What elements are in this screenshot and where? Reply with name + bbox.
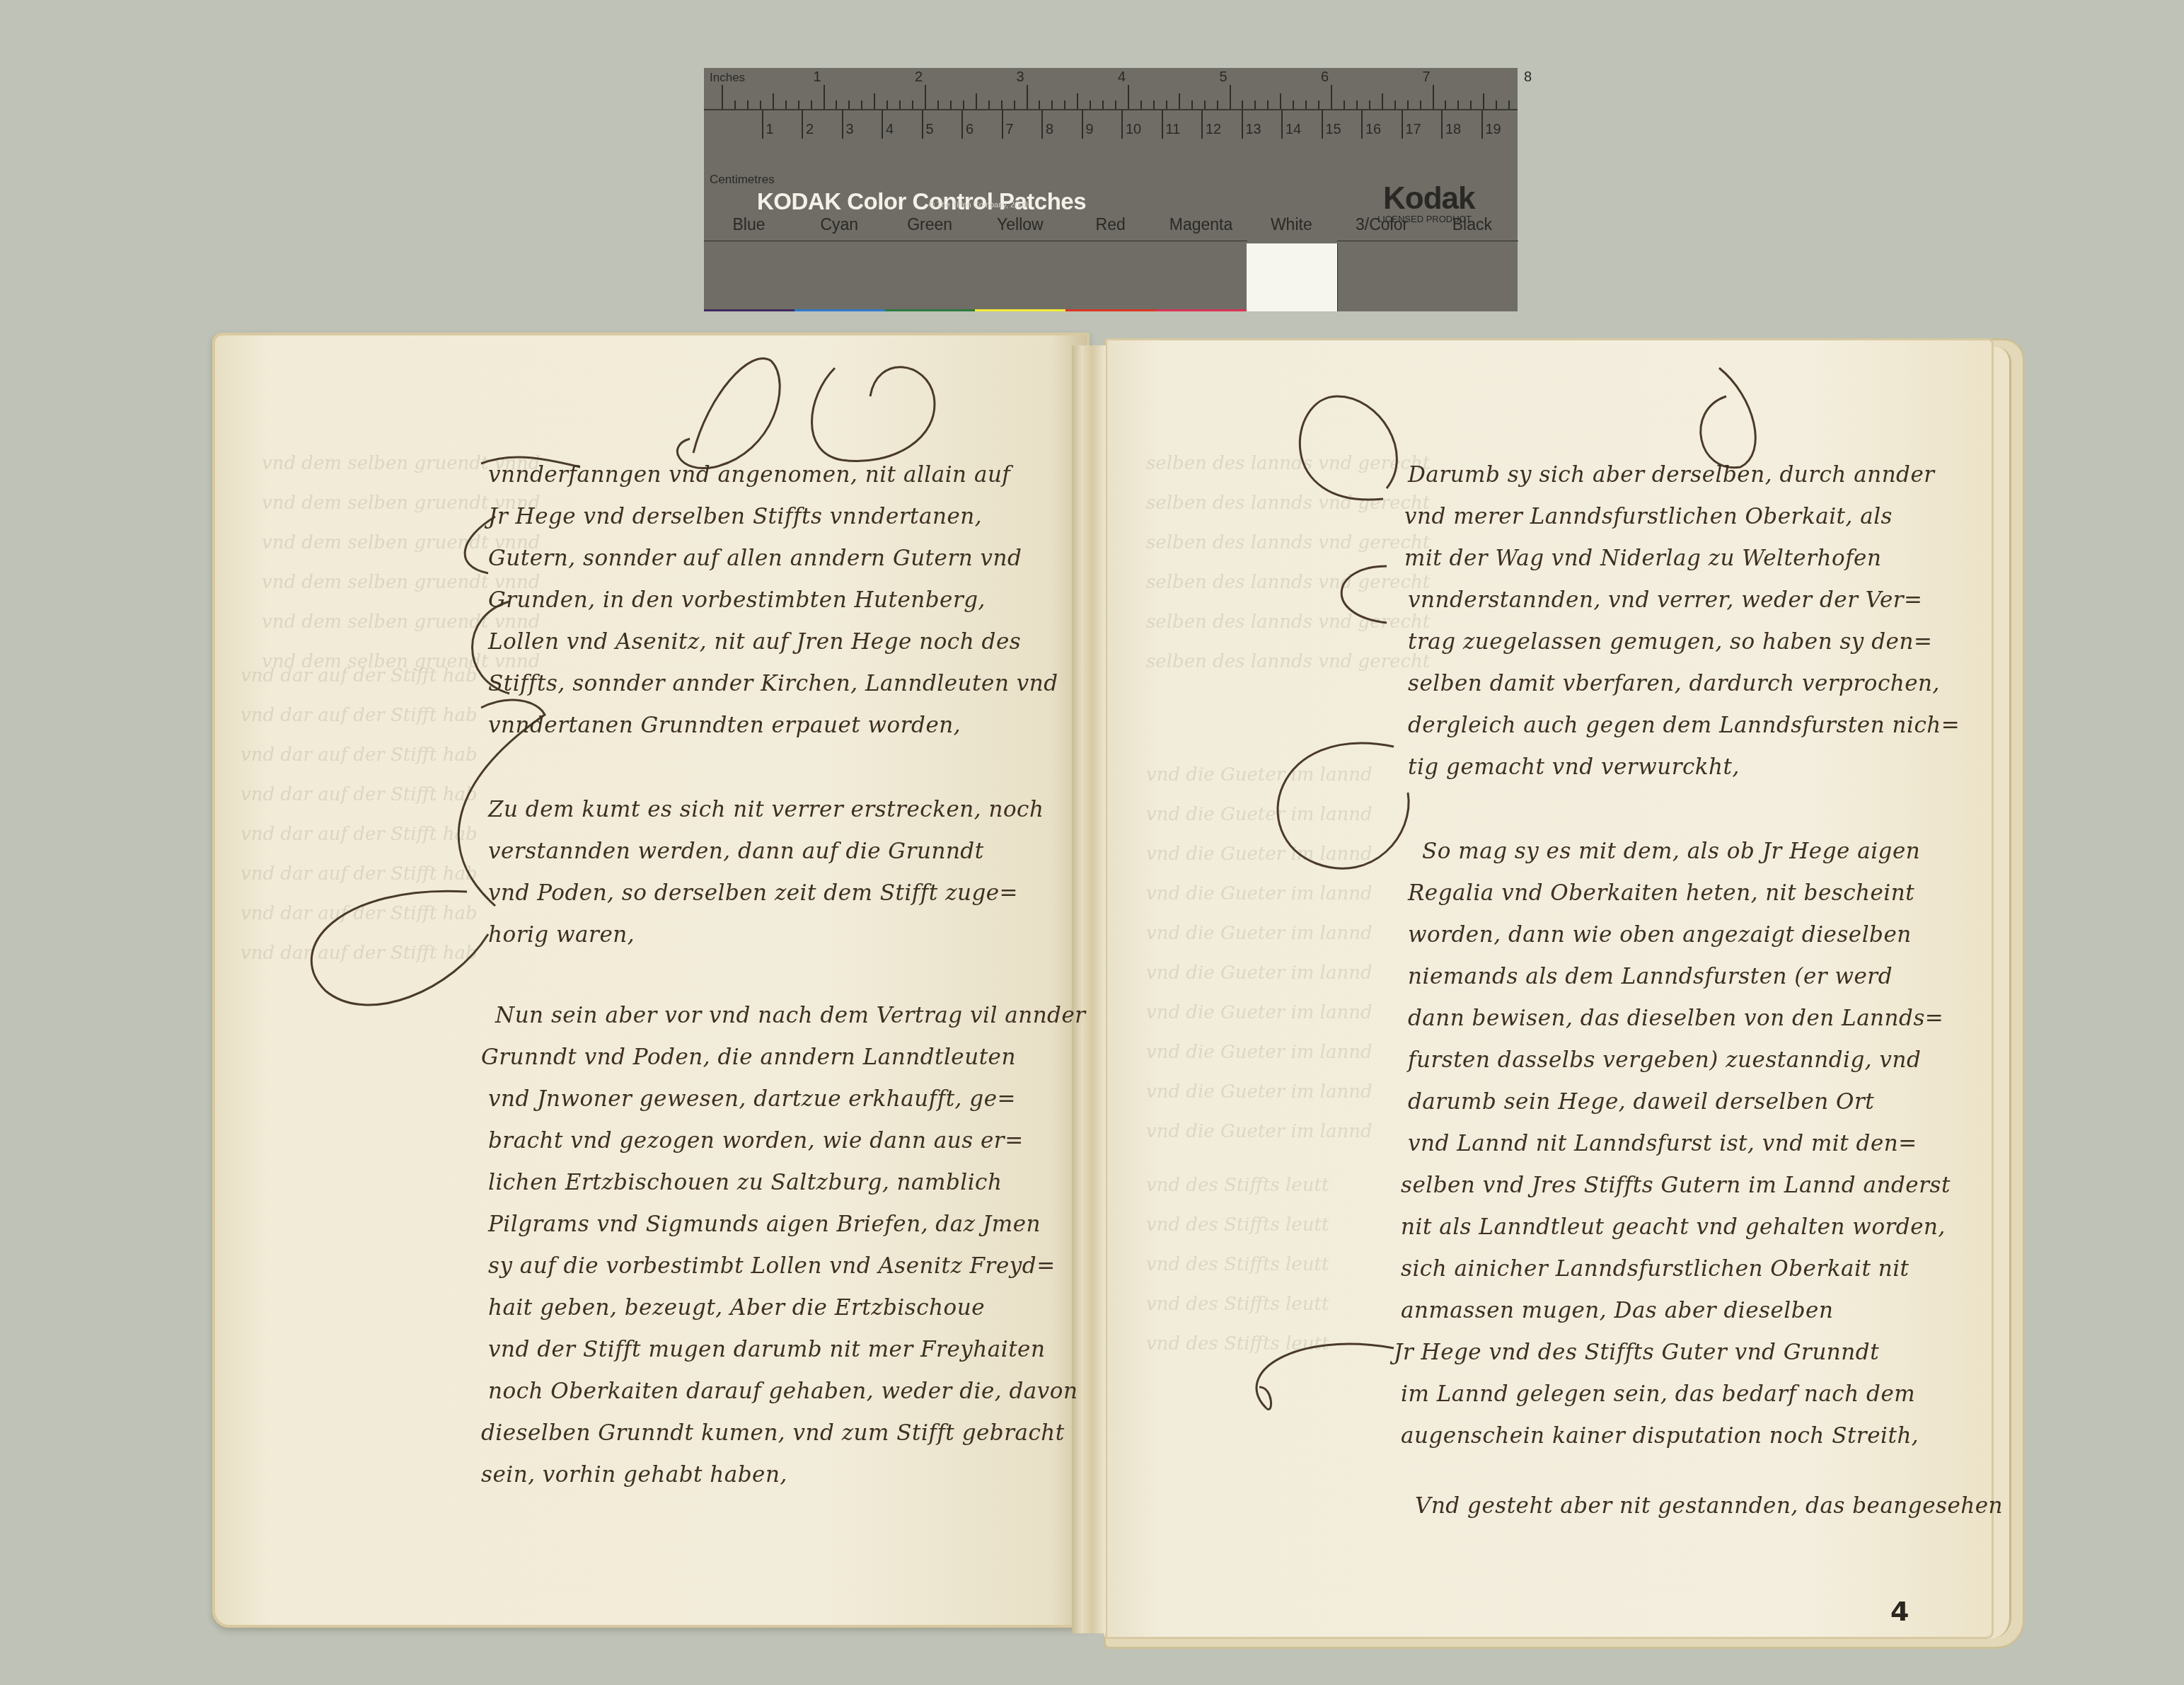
manuscript-line: So mag sy es mit dem, als ob Jr Hege aig… [1422, 829, 1920, 873]
manuscript-line: vnd Lannd nit Lanndsfurst ist, vnd mit d… [1408, 1122, 1917, 1166]
manuscript-line: Grunden, in den vorbestimbten Hutenberg, [488, 578, 986, 622]
manuscript-line: noch Oberkaiten darauf gehaben, weder di… [488, 1369, 1077, 1413]
manuscript-line: sein, vorhin gehabt haben, [481, 1453, 787, 1497]
manuscript-line: bracht vnd gezogen worden, wie dann aus … [488, 1119, 1024, 1163]
manuscript-line: sich ainicher Lanndsfurstlichen Oberkait… [1401, 1247, 1909, 1291]
manuscript-line: vnd Jnwoner gewesen, dartzue erkhaufft, … [488, 1077, 1016, 1121]
manuscript-line: tig gemacht vnd verwurckht, [1408, 745, 1740, 789]
manuscript-line: trag zuegelassen gemugen, so haben sy de… [1408, 620, 1932, 664]
manuscript-line: dann bewisen, das dieselben von den Lann… [1408, 996, 1943, 1040]
manuscript-line: vnd merer Lanndsfurstlichen Oberkait, al… [1404, 495, 1893, 539]
manuscript-line: selben damit vberfaren, dardurch verproc… [1408, 662, 1940, 706]
manuscript-line: worden, dann wie oben angezaigt dieselbe… [1408, 913, 1912, 957]
manuscript-line: fursten dasselbs vergeben) zuestanndig, … [1408, 1038, 1921, 1082]
manuscript-line: Vnd gesteht aber nit gestannden, das bea… [1415, 1484, 2003, 1528]
manuscript-line: im Lannd gelegen sein, das bedarf nach d… [1401, 1372, 1915, 1416]
manuscript-line: augenschein kainer disputation noch Stre… [1401, 1414, 1919, 1458]
manuscript-line: lichen Ertzbischouen zu Saltzburg, nambl… [488, 1161, 1002, 1204]
manuscript-line: selben vnd Jres Stiffts Gutern im Lannd … [1401, 1163, 1951, 1207]
manuscript-line: Lollen vnd Asenitz, nit auf Jren Hege no… [488, 620, 1021, 664]
manuscript-line: sy auf die vorbestimbt Lollen vnd Asenit… [488, 1244, 1056, 1288]
manuscript-line: nit als Lanndtleut geacht vnd gehalten w… [1401, 1205, 1946, 1249]
manuscript-line: Jr Hege vnd derselben Stiffts vnndertane… [488, 495, 982, 539]
manuscript-line: mit der Wag vnd Niderlag zu Welterhofen [1404, 536, 1881, 580]
manuscript-line: Zu dem kumt es sich nit verrer erstrecke… [488, 788, 1044, 832]
folio-number: 4 [1890, 1596, 1909, 1627]
manuscript-line: vnndertanen Grunndten erpauet worden, [488, 703, 961, 747]
manuscript-line: Stiffts, sonnder annder Kirchen, Lanndle… [488, 662, 1058, 706]
manuscript-line: Pilgrams vnd Sigmunds aigen Briefen, daz… [488, 1202, 1041, 1246]
manuscript-line: verstannden werden, dann auf die Grunndt [488, 829, 984, 873]
manuscript-line: anmassen mugen, Das aber dieselben [1401, 1289, 1833, 1333]
manuscript-line: vnd der Stifft mugen darumb nit mer Frey… [488, 1328, 1045, 1371]
manuscript-line: Grunndt vnd Poden, die anndern Lanndtleu… [481, 1035, 1016, 1079]
manuscript-line: dergleich auch gegen dem Lanndsfursten n… [1408, 703, 1960, 747]
manuscript-line: vnd Poden, so derselben zeit dem Stifft … [488, 871, 1018, 915]
manuscript-line: horig waren, [488, 913, 635, 957]
manuscript-line: Gutern, sonnder auf allen anndern Gutern… [488, 536, 1022, 580]
manuscript-line: hait geben, bezeugt, Aber die Ertzbischo… [488, 1286, 985, 1330]
manuscript-line: Darumb sy sich aber derselben, durch ann… [1408, 453, 1935, 497]
manuscript-line: vnnderstannden, vnd verrer, weder der Ve… [1408, 578, 1923, 622]
manuscript-line: niemands als dem Lanndsfursten (er werd [1408, 955, 1893, 999]
manuscript-line: vnnderfanngen vnd angenomen, nit allain … [488, 453, 1010, 497]
manuscript-line: Regalia vnd Oberkaiten heten, nit besche… [1408, 871, 1914, 915]
manuscript-line: darumb sein Hege, daweil derselben Ort [1408, 1080, 1874, 1124]
manuscript-line: Nun sein aber vor vnd nach dem Vertrag v… [495, 994, 1086, 1037]
manuscript-line: Jr Hege vnd des Stiffts Guter vnd Grunnd… [1394, 1330, 1879, 1374]
manuscript-line: dieselben Grunndt kumen, vnd zum Stifft … [481, 1411, 1065, 1455]
